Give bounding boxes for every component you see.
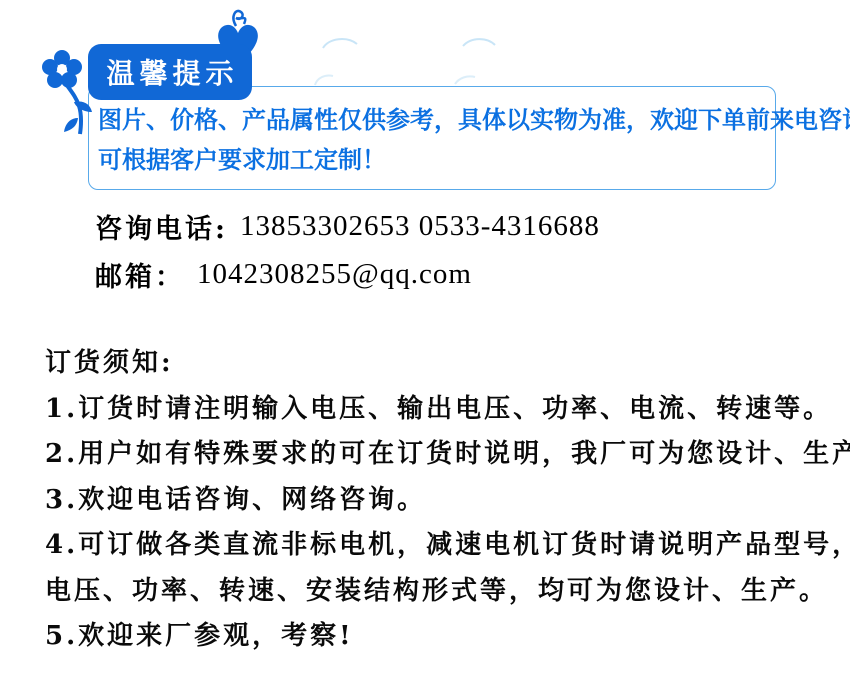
phone-label: 咨询电话: [95, 207, 228, 246]
order-notes: 订货须知: 1.订货时请注明输入电压、输出电压、功率、电流、转速等。 2.用户如… [45, 338, 850, 657]
order-note-5: 5.欢迎来厂参观，考察! [45, 611, 850, 657]
email-line: 邮箱： 1042308255@qq.com [95, 250, 600, 298]
order-note-3: 3.欢迎电话咨询、网络咨询。 [45, 475, 850, 521]
email-label: 邮箱： [95, 255, 185, 294]
notice-line-1: 图片、价格、产品属性仅供参考，具体以实物为准，欢迎下单前来电咨询！ [98, 101, 767, 141]
notice-line-2: 可根据客户要求加工定制！ [98, 141, 767, 181]
phone-line: 咨询电话: 13853302653 0533-4316688 [95, 202, 600, 250]
phone-value: 13853302653 0533-4316688 [240, 210, 600, 243]
flower-icon [38, 46, 106, 146]
tips-banner: 温馨提示 [88, 44, 252, 100]
email-value: 1042308255@qq.com [197, 258, 472, 291]
order-notes-heading: 订货须知: [45, 338, 850, 384]
notice-box: 图片、价格、产品属性仅供参考，具体以实物为准，欢迎下单前来电咨询！ 可根据客户要… [88, 86, 776, 190]
tips-banner-label: 温馨提示 [101, 52, 238, 92]
contact-info: 咨询电话: 13853302653 0533-4316688 邮箱： 10423… [95, 202, 600, 298]
order-note-1: 1.订货时请注明输入电压、输出电压、功率、电流、转速等。 [45, 384, 850, 430]
page: 温馨提示 图片、价格、产品属性仅供参考，具体以实物为准，欢迎下单前来电咨询！ 可… [0, 0, 850, 696]
order-note-4: 4.可订做各类直流非标电机，减速电机订货时请说明产品型号， [45, 520, 850, 566]
order-note-4-continued: 电压、功率、转速、安装结构形式等，均可为您设计、生产。 [45, 566, 850, 612]
order-note-2: 2.用户如有特殊要求的可在订货时说明，我厂可为您设计、生产。 [45, 429, 850, 475]
